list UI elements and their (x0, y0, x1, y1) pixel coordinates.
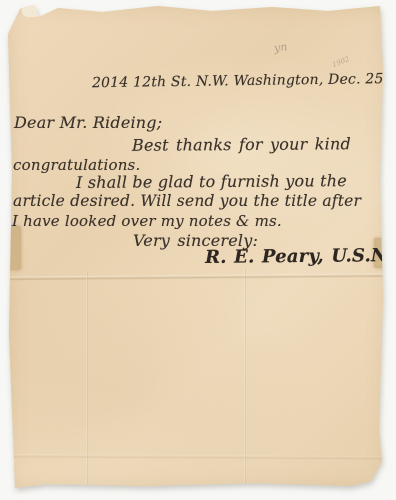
tape-repair-left-edge (6, 226, 21, 270)
photo-of-letter: yn 1902 2014 12th St. N.W. Washington, D… (0, 0, 396, 500)
letter-signature: R. E. Peary, U.S.N. (205, 245, 393, 268)
pencil-notation: yn (273, 40, 288, 55)
horizontal-fold-crease-lower (8, 454, 387, 460)
vertical-fold-crease-left (86, 271, 88, 488)
horizontal-fold-crease (8, 273, 387, 280)
vertical-fold-crease-right (244, 267, 246, 488)
letter-body-line: article desired. Will send you the title… (13, 192, 361, 210)
letter-paper: yn 1902 2014 12th St. N.W. Washington, D… (6, 3, 389, 491)
pencil-notation-corner: 1902 (331, 55, 351, 69)
paper-chip-top-left (21, 2, 47, 18)
paper-shadow: yn 1902 2014 12th St. N.W. Washington, D… (6, 3, 389, 491)
letter-body-line: Best thanks for your kind (132, 134, 351, 155)
letter-body-line: I shall be glad to furnish you the (76, 171, 347, 192)
letter-date-line: 2014 12th St. N.W. Washington, Dec. 25'0… (92, 71, 396, 91)
letter-salutation: Dear Mr. Rideing; (14, 113, 162, 132)
letter-body-line: I have looked over my notes & ms. (12, 212, 282, 230)
letter-body-line: congratulations. (13, 156, 140, 174)
